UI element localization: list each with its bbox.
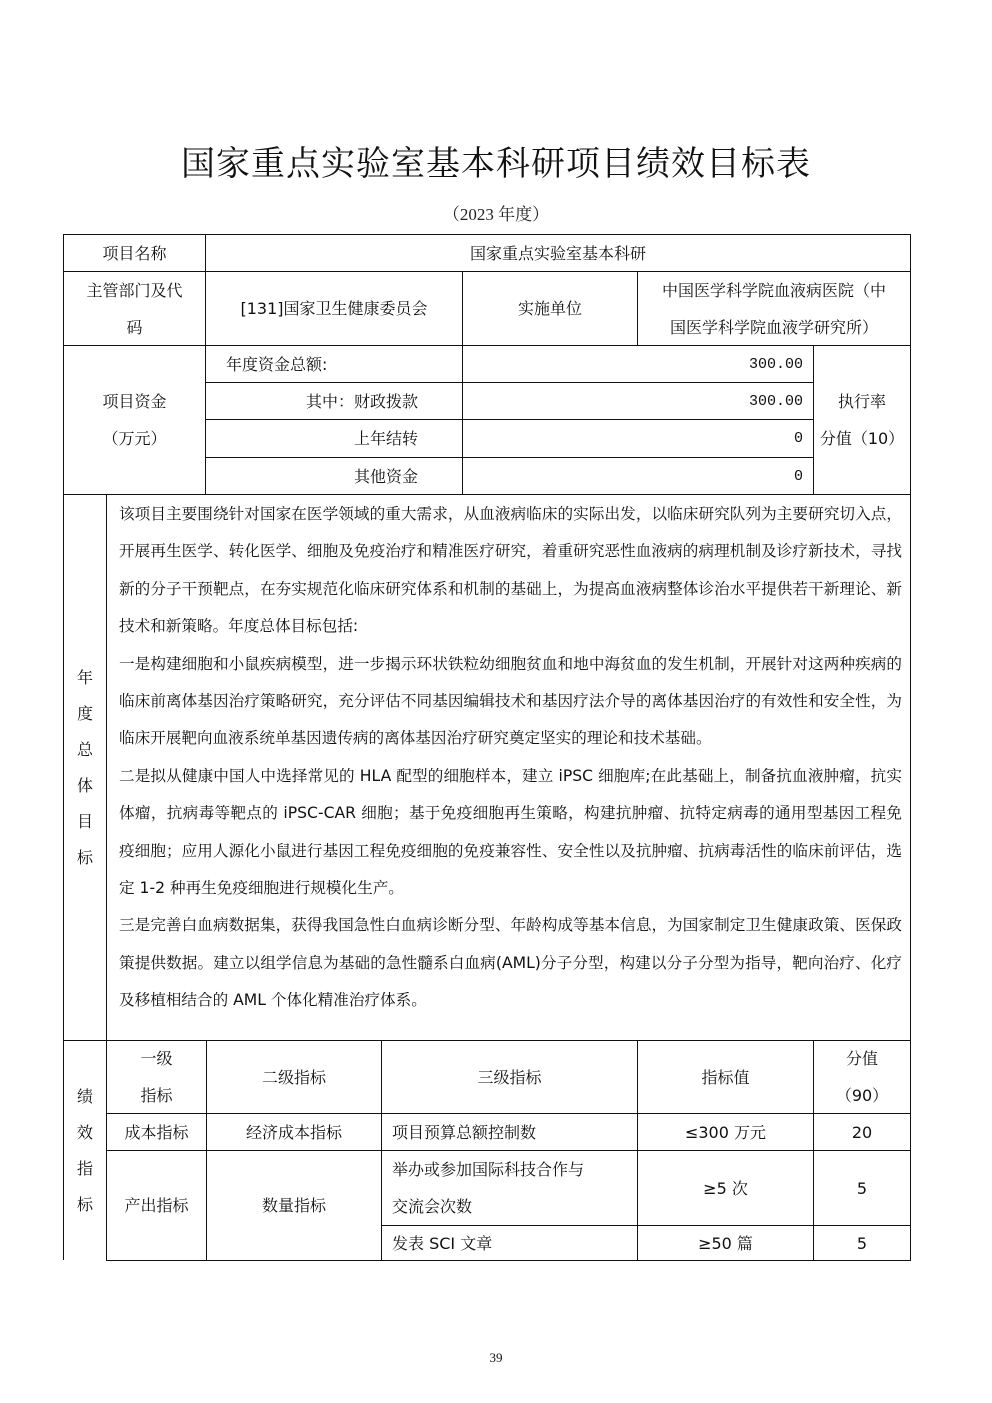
performance-char: 标 <box>77 1187 93 1223</box>
header-score-line2: （90） <box>836 1077 888 1114</box>
header-level1-line2: 指标 <box>140 1077 172 1114</box>
unit-value-line1: 中国医学科学院血液病医院（中 <box>662 272 886 309</box>
annual-goals-char: 年 <box>77 660 93 696</box>
row-level3: 举办或参加国际科技合作与 交流会次数 <box>381 1150 638 1226</box>
funding-row-value: 300.00 <box>462 382 814 420</box>
header-level1: 一级 指标 <box>106 1040 207 1114</box>
header-score: 分值 （90） <box>813 1040 911 1114</box>
document-title: 国家重点实验室基本科研项目绩效目标表 <box>0 136 992 185</box>
row-level3: 项目预算总额控制数 <box>381 1113 638 1151</box>
annual-goals-char: 度 <box>77 696 93 732</box>
unit-value: 中国医学科学院血液病医院（中 国医学科学院血液学研究所） <box>637 271 911 346</box>
row-level3: 发表 SCI 文章 <box>381 1225 638 1261</box>
row-target: ≥5 次 <box>637 1150 814 1226</box>
dept-label: 主管部门及代 码 <box>63 271 206 346</box>
performance-char: 效 <box>77 1115 93 1151</box>
row-score: 20 <box>813 1113 911 1151</box>
header-target: 指标值 <box>637 1040 814 1114</box>
row-score: 5 <box>813 1150 911 1226</box>
header-level2: 二级指标 <box>206 1040 382 1114</box>
annual-goals-text: 该项目主要围绕针对国家在医学领域的重大需求，从血液病临床的实际出发，以临床研究队… <box>106 494 911 1041</box>
funding-row-label: 其中：财政拨款 <box>205 382 463 420</box>
dept-value: [131]国家卫生健康委员会 <box>205 271 463 346</box>
funding-row-label: 年度资金总额: <box>205 345 463 383</box>
document-subtitle: （2023 年度） <box>0 200 992 225</box>
header-level3: 三级指标 <box>381 1040 638 1114</box>
dept-label-line2: 码 <box>126 309 142 346</box>
unit-label: 实施单位 <box>462 271 638 346</box>
funding-label-line2: （万元） <box>102 420 166 457</box>
performance-char: 指 <box>77 1151 93 1187</box>
exec-rate-line1: 执行率 <box>838 383 886 420</box>
exec-rate-label: 执行率 分值（10） <box>813 345 911 495</box>
funding-label: 项目资金 （万元） <box>63 345 206 495</box>
annual-goals-char: 标 <box>77 840 93 876</box>
dept-label-line1: 主管部门及代 <box>86 272 182 309</box>
annual-goals-label: 年 度 总 体 目 标 <box>63 494 107 1041</box>
unit-value-line2: 国医学科学院血液学研究所） <box>670 309 878 346</box>
page-number: 39 <box>0 1350 992 1366</box>
funding-row-label: 上年结转 <box>205 419 463 458</box>
funding-row-label: 其他资金 <box>205 457 463 495</box>
row-score: 5 <box>813 1225 911 1261</box>
goal-paragraph-intro: 该项目主要围绕针对国家在医学领域的重大需求，从血液病临床的实际出发，以临床研究队… <box>119 496 902 646</box>
goal-paragraph-2: 二是拟从健康中国人中选择常见的 HLA 配型的细胞样本，建立 iPSC 细胞库;… <box>119 758 902 908</box>
row-level2: 数量指标 <box>206 1150 382 1261</box>
row-level2: 经济成本指标 <box>206 1113 382 1151</box>
row-level3-line2: 交流会次数 <box>392 1188 472 1225</box>
project-name-value: 国家重点实验室基本科研 <box>205 234 911 272</box>
annual-goals-char: 目 <box>77 804 93 840</box>
project-name-label: 项目名称 <box>63 234 206 272</box>
header-level1-line1: 一级 <box>140 1040 172 1077</box>
performance-label: 绩 效 指 标 <box>63 1040 107 1260</box>
funding-label-line1: 项目资金 <box>102 383 166 420</box>
funding-row-value: 300.00 <box>462 345 814 383</box>
header-score-line1: 分值 <box>846 1040 878 1077</box>
row-level1: 成本指标 <box>106 1113 207 1151</box>
row-target: ≤300 万元 <box>637 1113 814 1151</box>
annual-goals-char: 总 <box>77 732 93 768</box>
performance-char: 绩 <box>77 1079 93 1115</box>
row-level1: 产出指标 <box>106 1150 207 1261</box>
row-level3-line1: 举办或参加国际科技合作与 <box>392 1151 584 1188</box>
goal-paragraph-1: 一是构建细胞和小鼠疾病模型，进一步揭示环状铁粒幼细胞贫血和地中海贫血的发生机制，… <box>119 646 902 758</box>
exec-rate-line2: 分值（10） <box>820 420 904 457</box>
goal-paragraph-3: 三是完善白血病数据集，获得我国急性白血病诊断分型、年龄构成等基本信息，为国家制定… <box>119 907 902 1019</box>
row-target: ≥50 篇 <box>637 1225 814 1261</box>
funding-row-value: 0 <box>462 457 814 495</box>
annual-goals-char: 体 <box>77 768 93 804</box>
funding-row-value: 0 <box>462 419 814 458</box>
